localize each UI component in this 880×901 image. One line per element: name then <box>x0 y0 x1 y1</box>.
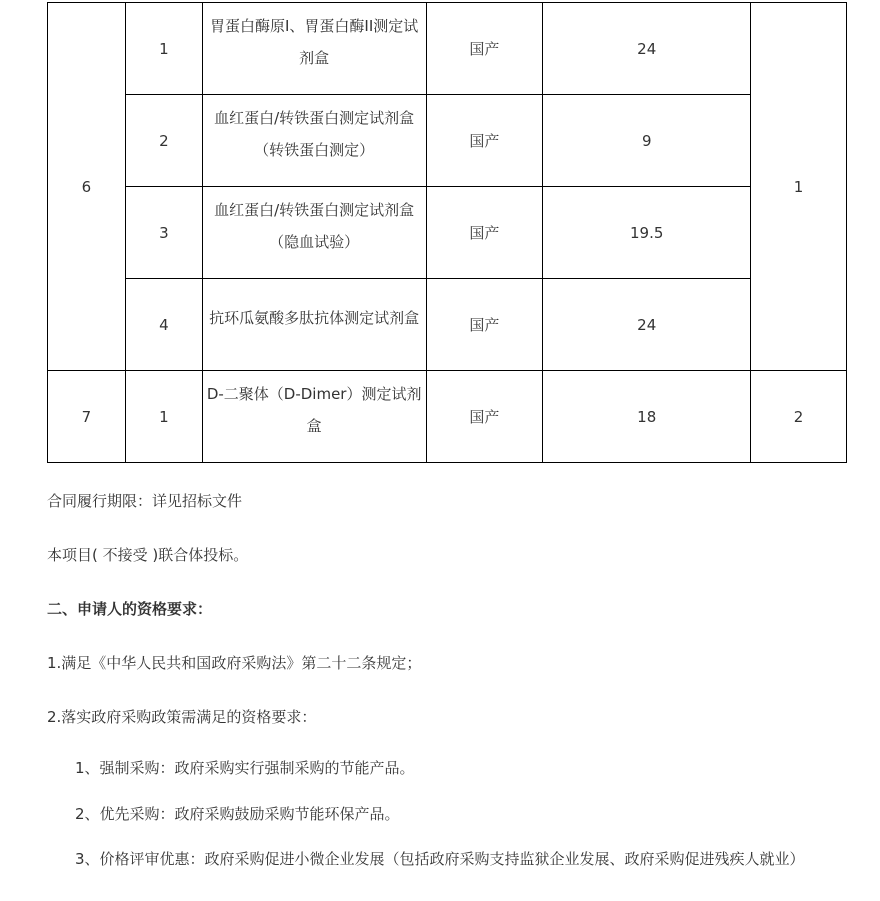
consortium-text: 本项目( 不接受 )联合体投标。 <box>47 544 248 566</box>
item-name: 血红蛋白/转铁蛋白测定试剂盒（隐血试验） <box>207 194 422 258</box>
policy-item-1: 1、强制采购：政府采购实行强制采购的节能产品。 <box>47 757 415 779</box>
requirement-1: 1.满足《中华人民共和国政府采购法》第二十二条规定； <box>47 652 421 674</box>
contract-period-text: 合同履行期限：详见招标文件 <box>47 490 242 512</box>
item-name-cell: 血红蛋白/转铁蛋白测定试剂盒（转铁蛋白测定） <box>202 95 426 187</box>
quantity-cell: 2 <box>751 371 847 463</box>
item-number-cell: 3 <box>125 187 202 279</box>
origin-cell: 国产 <box>426 95 543 187</box>
table-row: 2 血红蛋白/转铁蛋白测定试剂盒（转铁蛋白测定） 国产 9 <box>48 95 847 187</box>
requirement-2: 2.落实政府采购政策需满足的资格要求： <box>47 706 316 728</box>
package-number-cell: 7 <box>48 371 126 463</box>
origin-cell: 国产 <box>426 279 543 371</box>
policy-item-3: 3、价格评审优惠：政府采购促进小微企业发展（包括政府采购支持监狱企业发展、政府采… <box>47 848 837 870</box>
price-cell: 24 <box>543 279 751 371</box>
item-name-cell: 血红蛋白/转铁蛋白测定试剂盒（隐血试验） <box>202 187 426 279</box>
item-name: 胃蛋白酶原I、胃蛋白酶II测定试剂盒 <box>207 10 422 74</box>
section-heading: 二、申请人的资格要求： <box>47 598 212 620</box>
price-cell: 9 <box>543 95 751 187</box>
item-number-cell: 1 <box>125 371 202 463</box>
table-row: 4 抗环瓜氨酸多肽抗体测定试剂盒 国产 24 <box>48 279 847 371</box>
origin-cell: 国产 <box>426 371 543 463</box>
package-number-cell: 6 <box>48 3 126 371</box>
policy-item-2: 2、优先采购：政府采购鼓励采购节能环保产品。 <box>47 803 400 825</box>
item-name-cell: D-二聚体（D-Dimer）测定试剂盒 <box>202 371 426 463</box>
table-row: 7 1 D-二聚体（D-Dimer）测定试剂盒 国产 18 2 <box>48 371 847 463</box>
item-name: 血红蛋白/转铁蛋白测定试剂盒（转铁蛋白测定） <box>207 102 422 166</box>
origin-cell: 国产 <box>426 3 543 95</box>
origin-cell: 国产 <box>426 187 543 279</box>
procurement-items-table: 6 1 胃蛋白酶原I、胃蛋白酶II测定试剂盒 国产 24 1 2 血红蛋白/转铁… <box>47 2 847 463</box>
item-number-cell: 2 <box>125 95 202 187</box>
quantity-cell: 1 <box>751 3 847 371</box>
item-number-cell: 1 <box>125 3 202 95</box>
price-cell: 24 <box>543 3 751 95</box>
price-cell: 18 <box>543 371 751 463</box>
table-row: 3 血红蛋白/转铁蛋白测定试剂盒（隐血试验） 国产 19.5 <box>48 187 847 279</box>
item-name: D-二聚体（D-Dimer）测定试剂盒 <box>207 378 422 442</box>
item-name-cell: 抗环瓜氨酸多肽抗体测定试剂盒 <box>202 279 426 371</box>
item-number-cell: 4 <box>125 279 202 371</box>
item-name-cell: 胃蛋白酶原I、胃蛋白酶II测定试剂盒 <box>202 3 426 95</box>
item-name: 抗环瓜氨酸多肽抗体测定试剂盒 <box>207 302 422 334</box>
price-cell: 19.5 <box>543 187 751 279</box>
table-row: 6 1 胃蛋白酶原I、胃蛋白酶II测定试剂盒 国产 24 1 <box>48 3 847 95</box>
